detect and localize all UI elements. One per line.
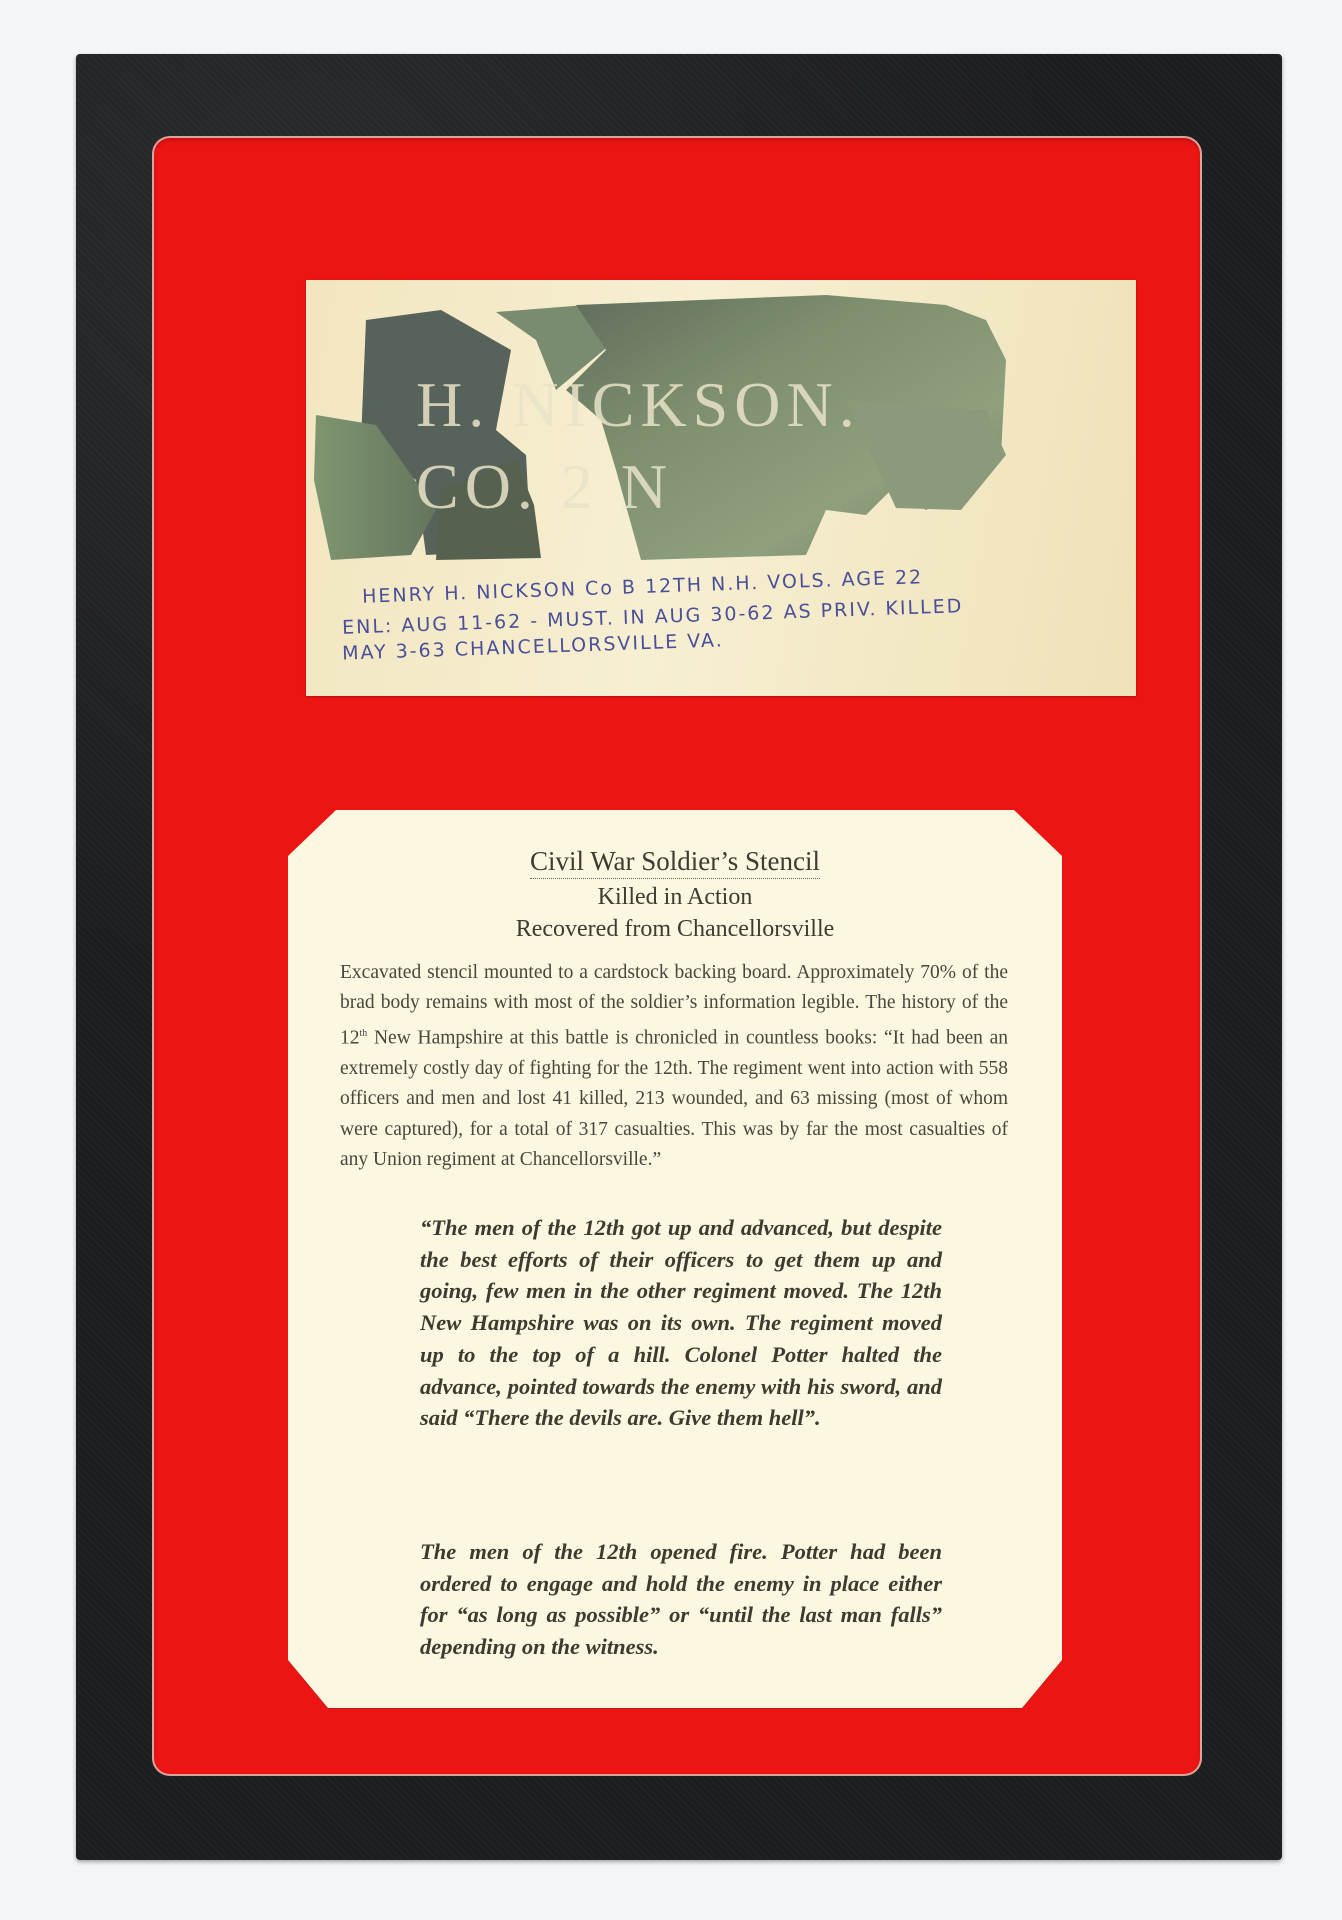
card-subtitle-kia: Killed in Action — [288, 884, 1062, 911]
stencil-mount-card: H. NICKSON. CO. 2 N HENRY H. NICKSON Co … — [306, 280, 1136, 696]
quote-paragraph-2: The men of the 12th opened fire. Potter … — [420, 1536, 942, 1663]
info-card: Civil War Soldier’s Stencil Killed in Ac… — [288, 810, 1062, 1708]
stencil-cutout-row2: CO. 2 N — [416, 450, 673, 524]
stencil-cutout-row1: H. NICKSON. — [416, 368, 861, 442]
card-subtitle-recovered: Recovered from Chancellorsville — [288, 916, 1062, 943]
card-description: Excavated stencil mounted to a cardstock… — [340, 958, 1008, 1175]
card-title: Civil War Soldier’s Stencil — [288, 846, 1062, 877]
quote-paragraph-1: “The men of the 12th got up and advanced… — [420, 1212, 942, 1434]
